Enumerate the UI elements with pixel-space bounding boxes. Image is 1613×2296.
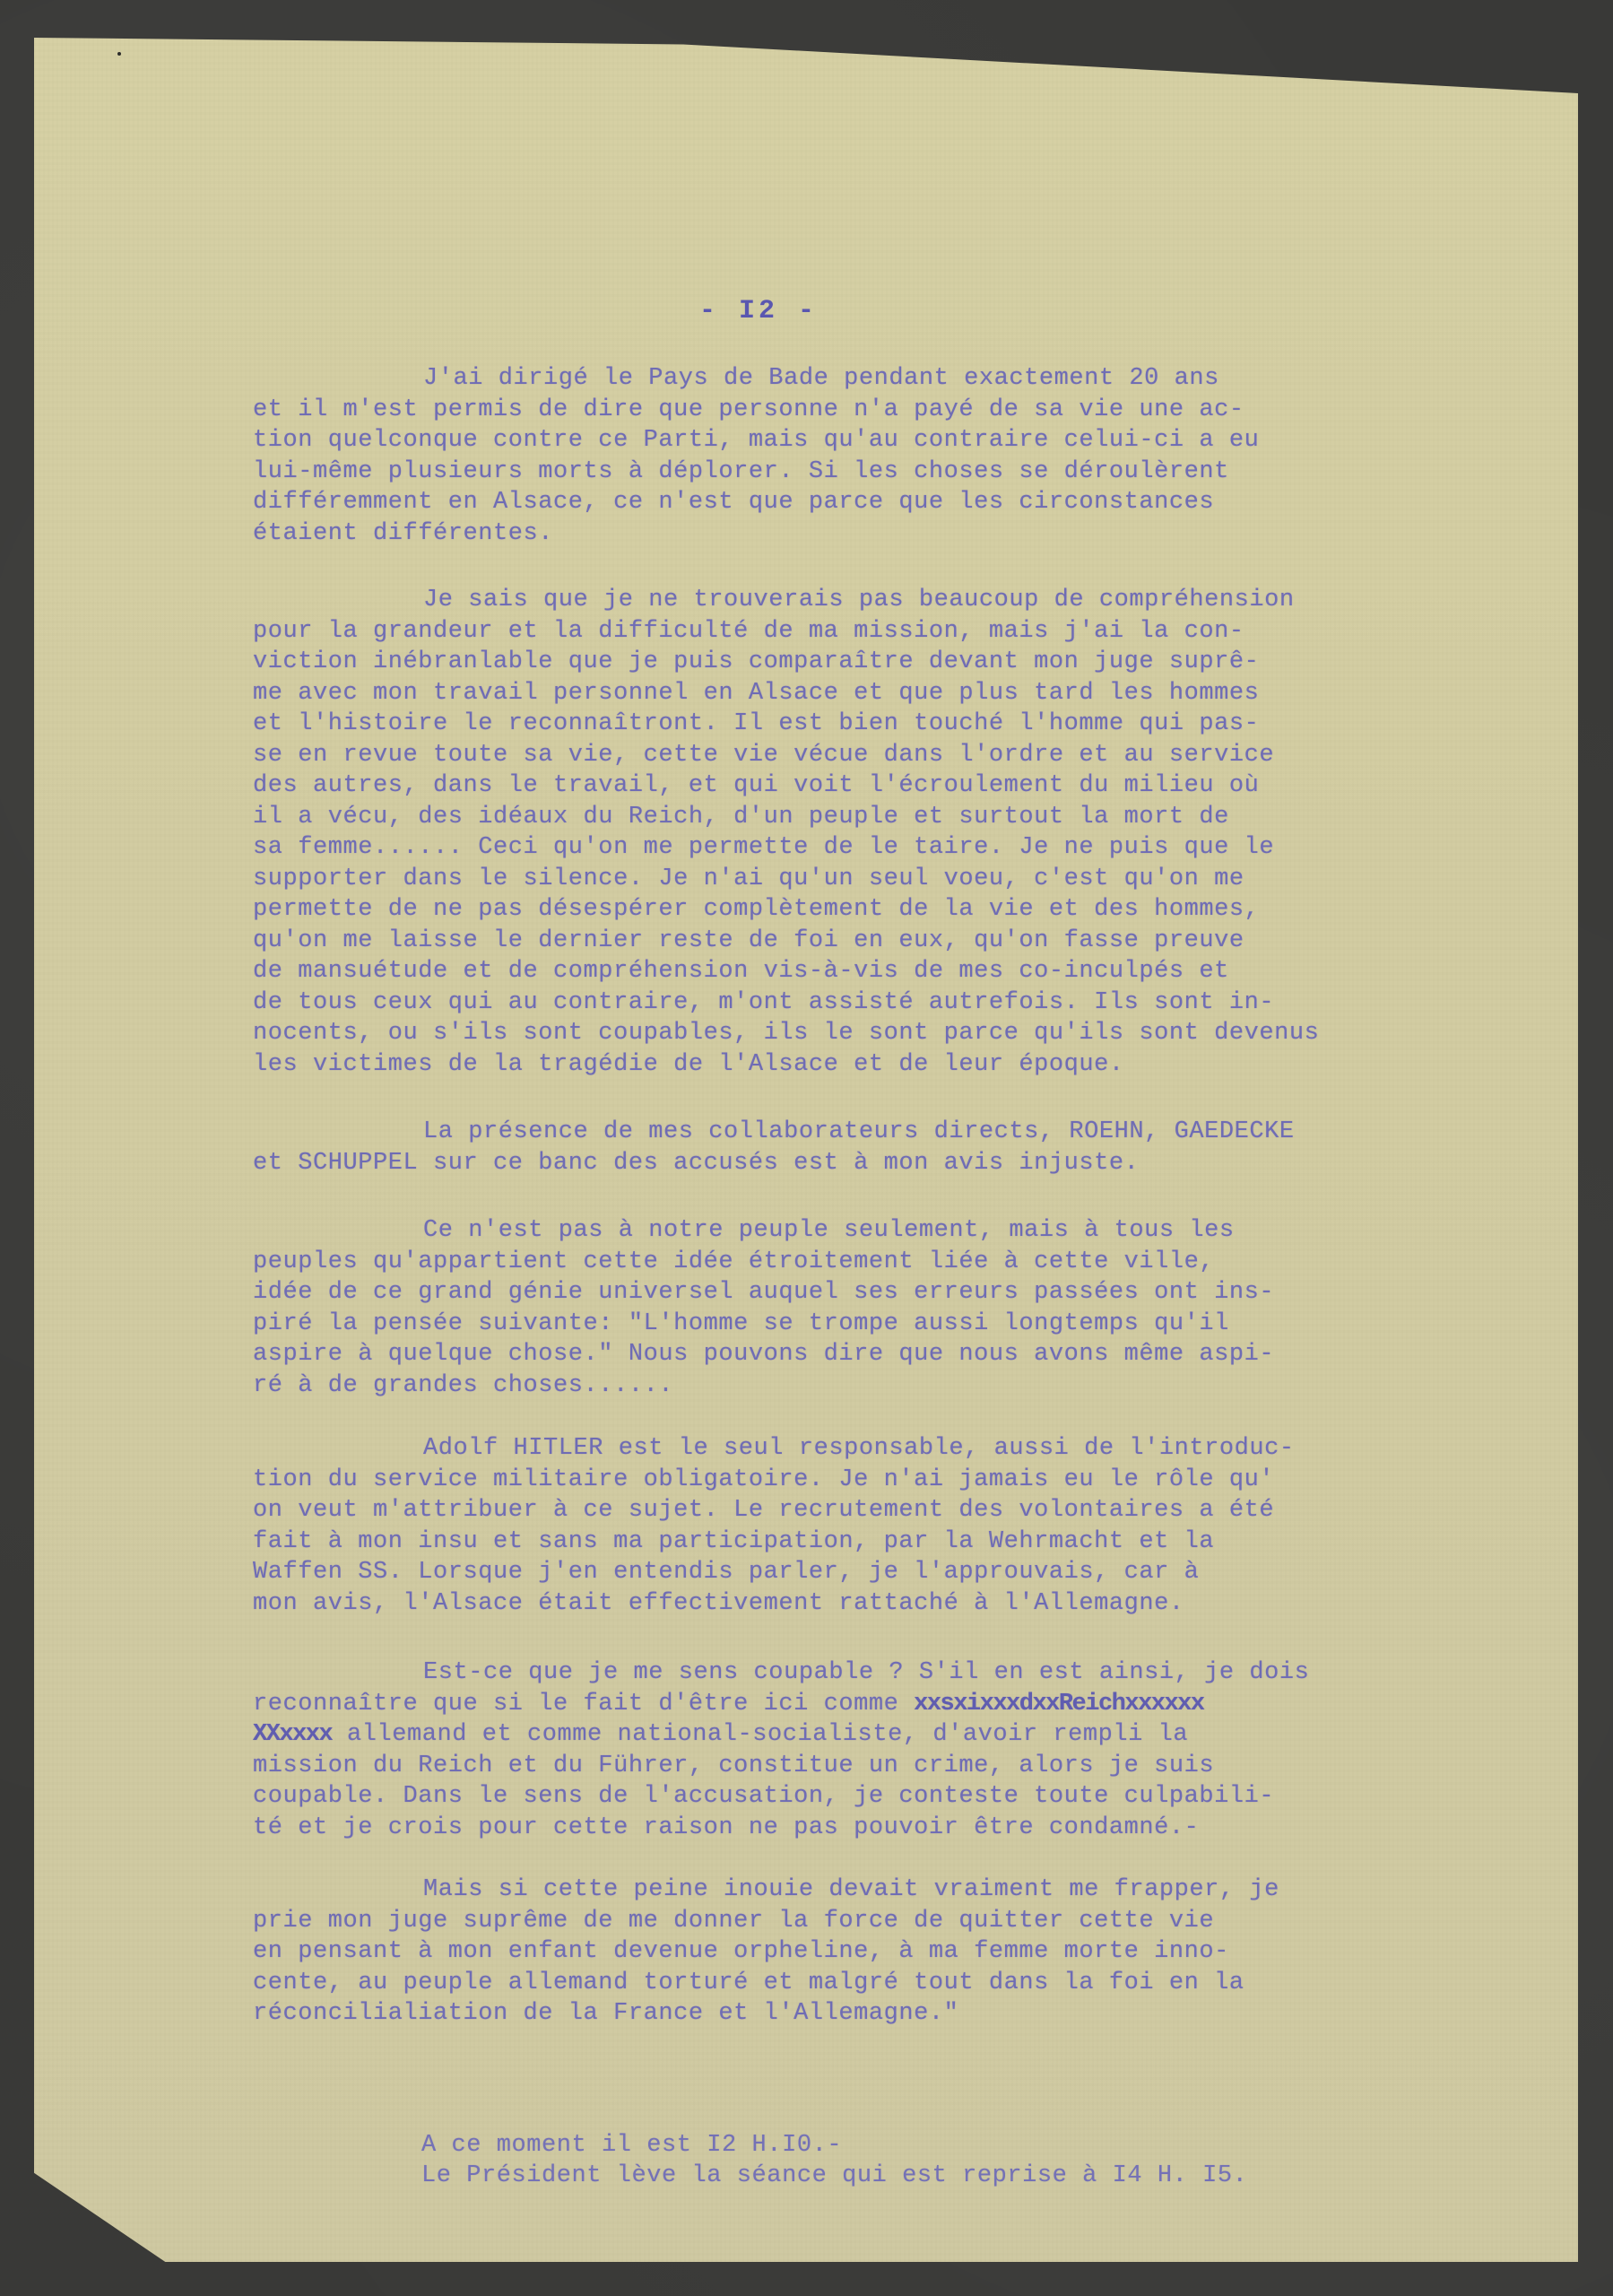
text-line: des autres, dans le travail, et qui voit… <box>253 770 1553 802</box>
text-line: coupable. Dans le sens de l'accusation, … <box>253 1781 1553 1813</box>
text-line: réconcilialiation de la France et l'Alle… <box>253 1998 1553 2030</box>
text-line: J'ai dirigé le Pays de Bade pendant exac… <box>253 363 1553 395</box>
text-line: se en revue toute sa vie, cette vie vécu… <box>253 740 1553 771</box>
text-line: sa femme...... Ceci qu'on me permette de… <box>253 832 1553 864</box>
text-line: idée de ce grand génie universel auquel … <box>253 1277 1553 1309</box>
text-line: Mais si cette peine inouie devait vraime… <box>253 1874 1553 1906</box>
paragraph-1: J'ai dirigé le Pays de Bade pendant exac… <box>253 363 1553 549</box>
text-line: de tous ceux qui au contraire, m'ont ass… <box>253 987 1553 1019</box>
text-line: lui-même plusieurs morts à déplorer. Si … <box>253 457 1553 488</box>
text-line: et SCHUPPEL sur ce banc des accusés est … <box>253 1148 1553 1179</box>
text-line: on veut m'attribuer à ce sujet. Le recru… <box>253 1495 1553 1526</box>
text-line: nocents, ou s'ils sont coupables, ils le… <box>253 1018 1553 1049</box>
text-line: cente, au peuple allemand torturé et mal… <box>253 1968 1553 1999</box>
text-line: il a vécu, des idéaux du Reich, d'un peu… <box>253 802 1553 833</box>
text-line: mission du Reich et du Führer, constitue… <box>253 1751 1553 1782</box>
text-line: Je sais que je ne trouverais pas beaucou… <box>253 585 1553 616</box>
text-line: ré à de grandes choses...... <box>253 1370 1553 1402</box>
text-segment: allemand et comme national-socialiste, d… <box>332 1721 1188 1748</box>
text-line: té et je crois pour cette raison ne pas … <box>253 1813 1553 1844</box>
text-line: Adolf HITLER est le seul responsable, au… <box>253 1433 1553 1465</box>
text-line: La présence de mes collaborateurs direct… <box>253 1117 1553 1148</box>
text-segment: reconnaître que si le fait d'être ici co… <box>253 1691 914 1718</box>
text-line: prie mon juge suprême de me donner la fo… <box>253 1906 1553 1937</box>
paragraph-3: La présence de mes collaborateurs direct… <box>253 1117 1553 1178</box>
paragraph-7: Mais si cette peine inouie devait vraime… <box>253 1874 1553 2030</box>
text-line: les victimes de la tragédie de l'Alsace … <box>253 1049 1553 1081</box>
paper-speck <box>117 52 121 56</box>
paragraph-4: Ce n'est pas à notre peuple seulement, m… <box>253 1215 1553 1401</box>
text-line: aspire à quelque chose." Nous pouvons di… <box>253 1339 1553 1370</box>
paragraph-2: Je sais que je ne trouverais pas beaucou… <box>253 585 1553 1080</box>
text-line: tion quelconque contre ce Parti, mais qu… <box>253 425 1553 457</box>
paragraph-6: Est-ce que je me sens coupable ? S'il en… <box>253 1657 1553 1843</box>
text-line: viction inébranlable que je puis compara… <box>253 647 1553 678</box>
text-line: mon avis, l'Alsace était effectivement r… <box>253 1588 1553 1620</box>
session-note: A ce moment il est I2 H.I0.- Le Présiden… <box>421 2130 1497 2191</box>
adjournment-note: Le Président lève la séance qui est repr… <box>421 2161 1497 2191</box>
text-line: différemment en Alsace, ce n'est que par… <box>253 487 1553 518</box>
text-line: et il m'est permis de dire que personne … <box>253 395 1553 426</box>
struck-out-text: xxsxixxxdxxReichxxxxxx <box>914 1691 1203 1718</box>
text-line: supporter dans le silence. Je n'ai qu'un… <box>253 864 1553 895</box>
text-line: de mansuétude et de compréhension vis-à-… <box>253 956 1553 987</box>
text-line: tion du service militaire obligatoire. J… <box>253 1465 1553 1496</box>
text-line: permette de ne pas désespérer complèteme… <box>253 894 1553 926</box>
text-line: me avec mon travail personnel en Alsace … <box>253 678 1553 709</box>
text-line: Waffen SS. Lorsque j'en entendis parler,… <box>253 1557 1553 1588</box>
text-line-with-strikeout: XXxxxx allemand et comme national-social… <box>253 1719 1553 1751</box>
page-number: - I2 - <box>699 296 818 326</box>
text-line: peuples qu'appartient cette idée étroite… <box>253 1247 1553 1278</box>
text-line: Est-ce que je me sens coupable ? S'il en… <box>253 1657 1553 1689</box>
text-line: étaient différentes. <box>253 518 1553 550</box>
text-line: qu'on me laisse le dernier reste de foi … <box>253 926 1553 957</box>
paragraph-5: Adolf HITLER est le seul responsable, au… <box>253 1433 1553 1619</box>
text-line: fait à mon insu et sans ma participation… <box>253 1526 1553 1558</box>
text-line: et l'histoire le reconnaîtront. Il est b… <box>253 709 1553 740</box>
text-line: en pensant à mon enfant devenue orphelin… <box>253 1936 1553 1968</box>
struck-out-text: XXxxxx <box>253 1721 332 1748</box>
text-line-with-strikeout: reconnaître que si le fait d'être ici co… <box>253 1689 1553 1720</box>
text-line: pour la grandeur et la difficulté de ma … <box>253 616 1553 648</box>
text-line: Ce n'est pas à notre peuple seulement, m… <box>253 1215 1553 1247</box>
time-note: A ce moment il est I2 H.I0.- <box>421 2130 1497 2161</box>
text-line: piré la pensée suivante: "L'homme se tro… <box>253 1309 1553 1340</box>
